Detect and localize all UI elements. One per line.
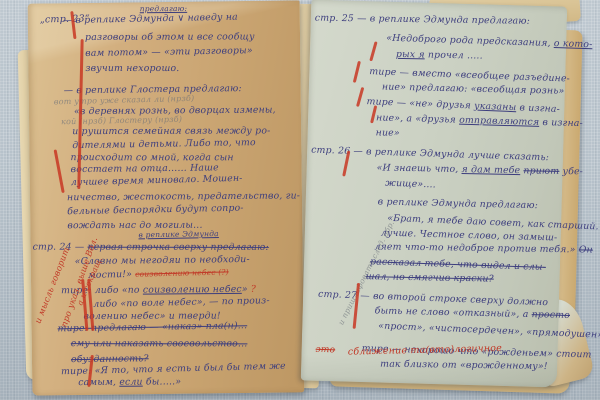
- ink-text: так близко от «врожденному»!: [380, 359, 548, 372]
- ink-text: рассказал тебе, что видел и слы-: [370, 256, 546, 273]
- ink-text: ние» предлагаю: «всеобщая рознь»: [382, 82, 565, 97]
- red-correction-stroke: [54, 149, 65, 193]
- handwritten-line: «И знаешь что, я дам тебе приют убе-: [377, 163, 584, 177]
- ink-text: в реплике Эдмунда: [138, 229, 218, 239]
- ink-text: убе-: [559, 166, 583, 177]
- handwritten-line: «Недоброго рода предсказания, о кото-: [386, 34, 592, 51]
- ink-text: «И знаешь что,: [377, 162, 462, 175]
- ink-text: самым,: [78, 377, 119, 388]
- handwritten-line: рассказал тебе, что видел и слы-: [370, 257, 546, 273]
- handwritten-line: вам потом» — «эти разговоры»: [85, 46, 253, 59]
- red-correction-stroke: [353, 61, 361, 83]
- ink-text: в изгна-: [516, 102, 560, 115]
- ink-text: если: [119, 377, 143, 388]
- ink-text: тире — «не» друзья: [366, 96, 474, 111]
- red-correction-stroke: [369, 41, 377, 61]
- ink-text: лучшее время миновало. Мошен-: [71, 173, 243, 188]
- ink-text: стр. 25 —: [315, 13, 370, 25]
- ink-text: прочел .....: [425, 49, 483, 61]
- handwritten-line: жище»....: [385, 179, 436, 191]
- red-correction-stroke: [356, 87, 364, 107]
- handwritten-line: в реплике Эдмунда предлагаю:: [378, 197, 538, 211]
- handwritten-line: ляет что-то недоброе против тебя.» Он: [374, 242, 593, 255]
- red-ink-text: это: [315, 345, 335, 356]
- handwritten-line: мости!» соизволению небес (?): [88, 267, 229, 281]
- handwritten-line: разговоры об этом и все сообщу: [85, 32, 255, 43]
- ink-text: разговоры об этом и все сообщу: [85, 31, 255, 43]
- ink-text: стр. 27 —: [318, 289, 373, 302]
- handwritten-line: дителями и детьми. Либо то, что: [72, 138, 256, 151]
- ink-text: ние», а «друзья: [376, 112, 459, 125]
- handwritten-line: лучшее время миновало. Мошен-: [71, 174, 243, 188]
- handwritten-line: — в реплике Эдмунда ∨ наведу на: [63, 13, 238, 27]
- ink-text: соизволению небес: [143, 284, 242, 296]
- photo-of-manuscript: Photograph of two handwritten Russian ma…: [0, 0, 600, 400]
- ink-text: в реплике Эдмунда предлагаю:: [370, 13, 530, 26]
- handwritten-line: либо «по воле небес», — по произ-: [93, 296, 270, 310]
- handwritten-line: и рушится семейная связь между ро-: [72, 126, 270, 137]
- ink-text: быть не слово «отказный», а: [375, 305, 532, 320]
- handwritten-line: ему или наказать своевольство...: [71, 339, 248, 349]
- handwritten-line: так близко от «врожденному»!: [380, 360, 548, 372]
- handwritten-line: рых я прочел .....: [396, 50, 483, 62]
- ink-text: просто: [532, 309, 571, 321]
- ink-text: отправляются: [459, 115, 539, 128]
- ink-text: — в реплике Эдмунда ∨ наведу на: [63, 12, 238, 27]
- ink-text: »: [242, 284, 251, 295]
- ink-text: рых я: [396, 49, 425, 61]
- ink-text: в реплике Эдмунда предлагаю:: [378, 196, 539, 211]
- handwritten-line: быть не слово «отказный», а просто: [375, 306, 571, 321]
- left-page: „стр. 23“предлагаю:— в реплике Эдмунда ∨…: [28, 0, 305, 395]
- ink-text: дителями и детьми. Либо то, что: [72, 137, 256, 151]
- handwritten-line: шал, но смягчив краски?: [366, 272, 494, 284]
- handwritten-line: ние» предлагаю: «всеобщая рознь»: [382, 83, 565, 97]
- right-page: стр. 25 — в реплике Эдмунда предлагаю:«Н…: [301, 0, 568, 387]
- ink-text: ничество, жестокость, предательство, ги-: [67, 190, 300, 203]
- handwritten-line: самым, если бы.....»: [78, 377, 181, 388]
- ink-text: указаны: [474, 101, 517, 114]
- handwritten-line: это: [315, 345, 335, 356]
- ink-text: в реплике Эдмунда лучше сказать:: [366, 146, 549, 163]
- handwritten-line: ние», а «друзья отправляются в изгна-: [376, 113, 583, 129]
- ink-text: в изгна-: [539, 117, 583, 129]
- handwritten-line: в реплике Эдмунда: [138, 229, 219, 240]
- ink-text: шал, но смягчив краски?: [366, 271, 494, 284]
- handwritten-line: стр. 25 — в реплике Эдмунда предлагаю:: [315, 14, 530, 27]
- ink-text: «Недоброго рода предсказания,: [386, 33, 554, 49]
- red-ink-text: ?: [251, 284, 256, 295]
- ink-text: бы.....»: [143, 376, 182, 387]
- ink-text: ние»: [376, 127, 400, 138]
- ink-text: ляет что-то недоброе против тебя.»: [374, 241, 578, 255]
- ink-text: стр. 26 —: [311, 145, 366, 158]
- handwritten-line: звучит нехорошо.: [85, 64, 179, 74]
- ink-text: и рушится семейная связь между ро-: [72, 125, 270, 137]
- ink-text: Он: [579, 244, 593, 255]
- handwritten-line: бельные беспорядки будут сопро-: [67, 204, 244, 218]
- ink-text: жище»....: [385, 178, 436, 191]
- ink-text: о кото-: [554, 38, 593, 50]
- ink-text: ему или наказать своевольство...: [71, 338, 248, 349]
- ink-text: вам потом» — «эти разговоры»: [85, 45, 253, 59]
- handwritten-line: ничество, жестокость, предательство, ги-: [67, 191, 300, 203]
- ink-text: либо «по воле небес», — по произ-: [93, 295, 270, 310]
- ink-text: бельные беспорядки будут сопро-: [67, 203, 244, 218]
- red-ink-text: соизволению небес (?): [135, 267, 229, 278]
- ink-text: звучит нехорошо.: [85, 63, 179, 74]
- ink-text: приют: [523, 165, 559, 177]
- ink-text: я дам тебе: [461, 164, 520, 176]
- handwritten-line: ние»: [376, 128, 400, 138]
- ink-text: первая строчка сверху предлагаю:: [88, 242, 269, 253]
